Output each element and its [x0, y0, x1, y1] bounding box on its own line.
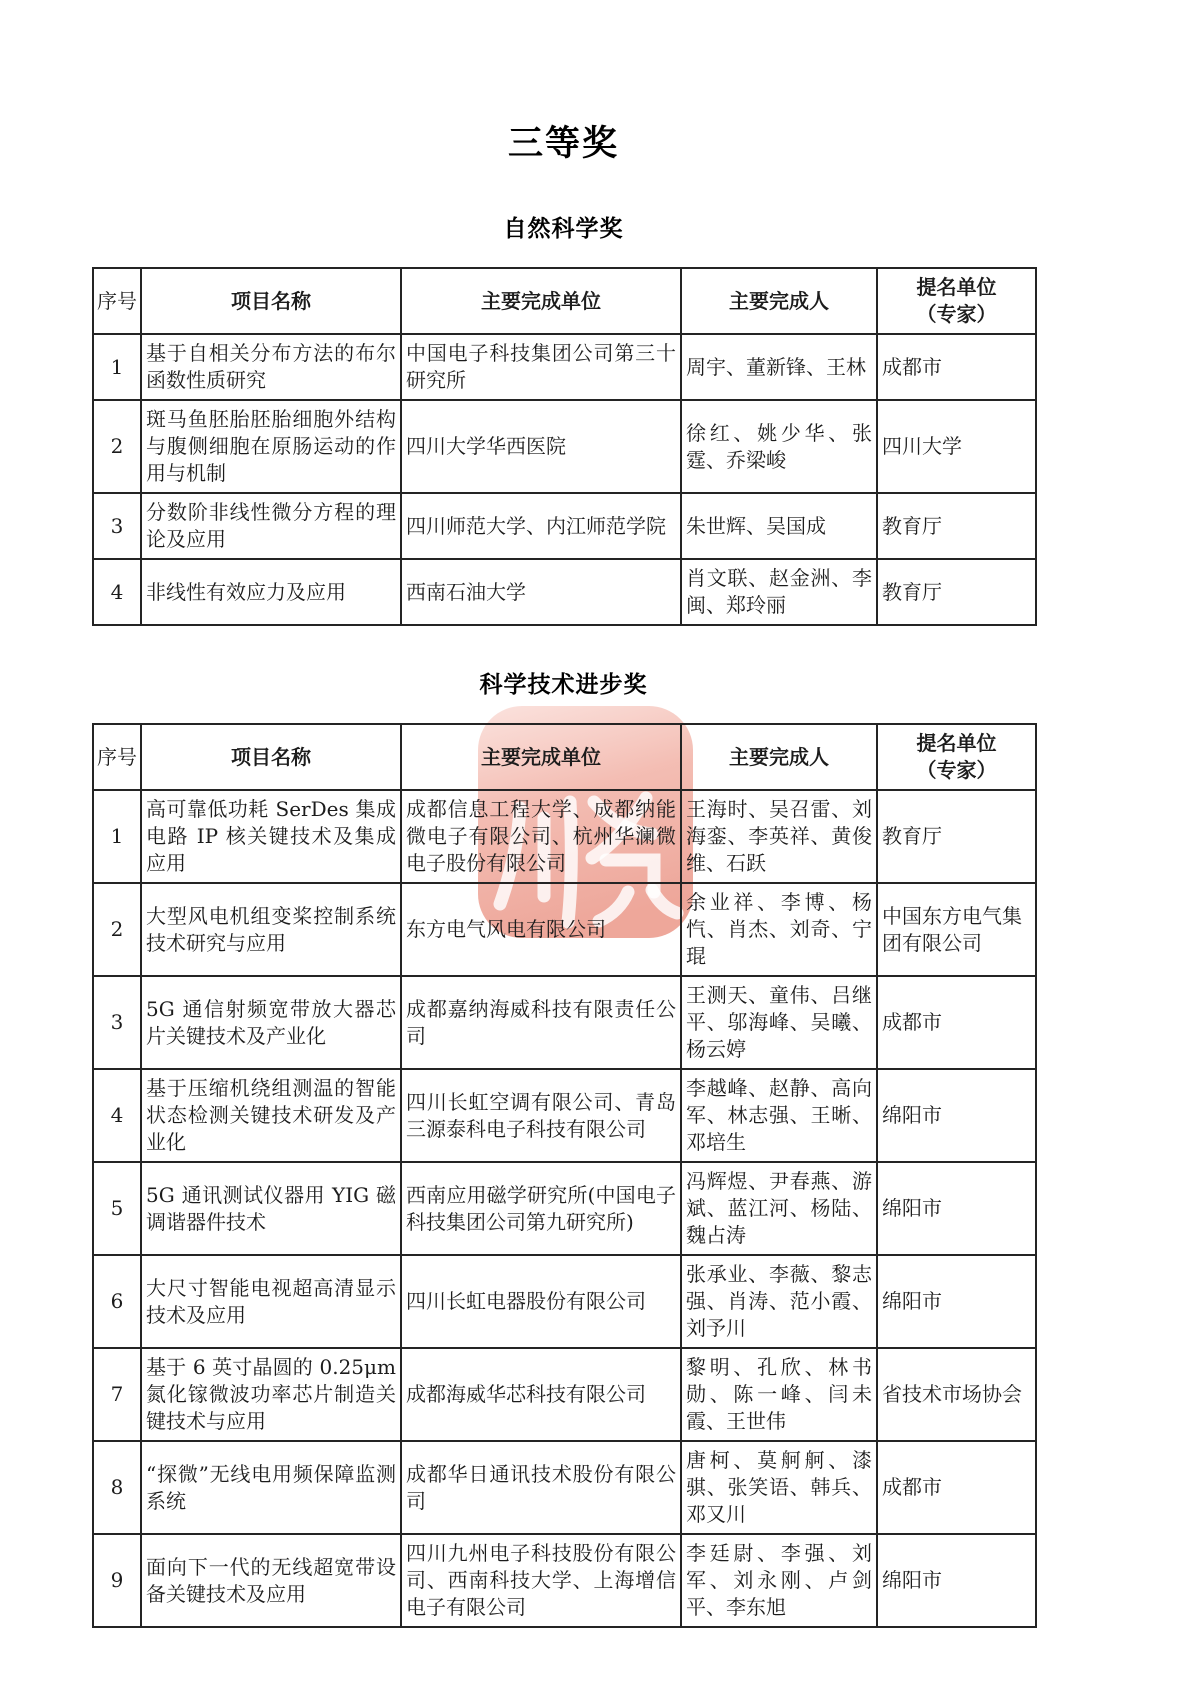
document-page: 三等奖 自然科学奖 序号项目名称主要完成单位主要完成人提名单位 （专家）1基于自… [0, 0, 1200, 1697]
table-row: 4非线性有效应力及应用西南石油大学肖文联、赵金洲、李闽、郑玲丽教育厅 [93, 559, 1036, 625]
column-header-project: 项目名称 [141, 268, 401, 334]
natural-science-award-table: 序号项目名称主要完成单位主要完成人提名单位 （专家）1基于自相关分布方法的布尔函… [92, 267, 1037, 626]
cell-nominator: 绵阳市 [877, 1069, 1036, 1162]
cell-person: 余业祥、李博、杨忾、肖杰、刘奇、宁琨 [681, 883, 877, 976]
cell-project: 斑马鱼胚胎胚胎细胞外结构与腹侧细胞在原肠运动的作用与机制 [141, 400, 401, 493]
column-header-project: 项目名称 [141, 724, 401, 790]
cell-person: 李廷尉、李强、刘军、刘永刚、卢剑平、李东旭 [681, 1534, 877, 1627]
cell-project: 面向下一代的无线超宽带设备关键技术及应用 [141, 1534, 401, 1627]
cell-project: 大型风电机组变桨控制系统技术研究与应用 [141, 883, 401, 976]
table-row: 8“探微”无线电用频保障监测系统成都华日通讯技术股份有限公司唐柯、莫舸舸、漆骐、… [93, 1441, 1036, 1534]
column-header-org: 主要完成单位 [401, 268, 681, 334]
cell-nominator: 成都市 [877, 976, 1036, 1069]
cell-person: 冯辉煜、尹春燕、游斌、蓝江河、杨陆、魏占涛 [681, 1162, 877, 1255]
cell-nominator: 中国东方电气集团有限公司 [877, 883, 1036, 976]
cell-project: 分数阶非线性微分方程的理论及应用 [141, 493, 401, 559]
cell-seq: 6 [93, 1255, 141, 1348]
header-row: 序号项目名称主要完成单位主要完成人提名单位 （专家） [93, 724, 1036, 790]
cell-project: 基于自相关分布方法的布尔函数性质研究 [141, 334, 401, 400]
cell-nominator: 四川大学 [877, 400, 1036, 493]
section-title-sci-tech-progress: 科学技术进步奖 [92, 666, 1035, 699]
table-row: 1基于自相关分布方法的布尔函数性质研究中国电子科技集团公司第三十研究所周宇、董新… [93, 334, 1036, 400]
cell-seq: 3 [93, 976, 141, 1069]
cell-person: 周宇、董新锋、王林 [681, 334, 877, 400]
cell-seq: 9 [93, 1534, 141, 1627]
cell-seq: 4 [93, 1069, 141, 1162]
column-header-person: 主要完成人 [681, 268, 877, 334]
cell-org: 四川师范大学、内江师范学院 [401, 493, 681, 559]
cell-person: 李越峰、赵静、高向军、林志强、王晰、邓培生 [681, 1069, 877, 1162]
cell-org: 四川长虹电器股份有限公司 [401, 1255, 681, 1348]
cell-seq: 3 [93, 493, 141, 559]
page-title: 三等奖 [92, 116, 1035, 166]
table-row: 9面向下一代的无线超宽带设备关键技术及应用四川九州电子科技股份有限公司、西南科技… [93, 1534, 1036, 1627]
cell-project: 非线性有效应力及应用 [141, 559, 401, 625]
cell-project: 基于 6 英寸晶圆的 0.25μm 氮化镓微波功率芯片制造关键技术与应用 [141, 1348, 401, 1441]
cell-nominator: 绵阳市 [877, 1162, 1036, 1255]
sci-tech-progress-award-table: 序号项目名称主要完成单位主要完成人提名单位 （专家）1高可靠低功耗 SerDes… [92, 723, 1037, 1628]
cell-seq: 1 [93, 790, 141, 883]
column-header-seq: 序号 [93, 268, 141, 334]
table-row: 3分数阶非线性微分方程的理论及应用四川师范大学、内江师范学院朱世辉、吴国成教育厅 [93, 493, 1036, 559]
cell-org: 东方电气风电有限公司 [401, 883, 681, 976]
cell-project: 5G 通信射频宽带放大器芯片关键技术及产业化 [141, 976, 401, 1069]
cell-project: 5G 通讯测试仪器用 YIG 磁调谐器件技术 [141, 1162, 401, 1255]
cell-project: 大尺寸智能电视超高清显示技术及应用 [141, 1255, 401, 1348]
cell-org: 西南应用磁学研究所(中国电子科技集团公司第九研究所) [401, 1162, 681, 1255]
table-row: 4基于压缩机绕组测温的智能状态检测关键技术研发及产业化四川长虹空调有限公司、青岛… [93, 1069, 1036, 1162]
table-row: 6大尺寸智能电视超高清显示技术及应用四川长虹电器股份有限公司张承业、李薇、黎志强… [93, 1255, 1036, 1348]
column-header-nominator: 提名单位 （专家） [877, 724, 1036, 790]
cell-nominator: 教育厅 [877, 790, 1036, 883]
cell-person: 唐柯、莫舸舸、漆骐、张笑语、韩兵、邓又川 [681, 1441, 877, 1534]
cell-nominator: 教育厅 [877, 559, 1036, 625]
cell-person: 王海时、吴召雷、刘海銮、李英祥、黄俊维、石跃 [681, 790, 877, 883]
cell-org: 四川九州电子科技股份有限公司、西南科技大学、上海增信电子有限公司 [401, 1534, 681, 1627]
cell-org: 成都信息工程大学、成都纳能微电子有限公司、杭州华澜微电子股份有限公司 [401, 790, 681, 883]
cell-seq: 8 [93, 1441, 141, 1534]
cell-project: “探微”无线电用频保障监测系统 [141, 1441, 401, 1534]
cell-seq: 7 [93, 1348, 141, 1441]
header-row: 序号项目名称主要完成单位主要完成人提名单位 （专家） [93, 268, 1036, 334]
cell-org: 四川大学华西医院 [401, 400, 681, 493]
cell-nominator: 省技术市场协会 [877, 1348, 1036, 1441]
cell-nominator: 教育厅 [877, 493, 1036, 559]
cell-person: 徐红、姚少华、张霆、乔梁峻 [681, 400, 877, 493]
table-row: 1高可靠低功耗 SerDes 集成电路 IP 核关键技术及集成应用成都信息工程大… [93, 790, 1036, 883]
cell-seq: 2 [93, 400, 141, 493]
column-header-nominator: 提名单位 （专家） [877, 268, 1036, 334]
cell-person: 张承业、李薇、黎志强、肖涛、范小霞、刘予川 [681, 1255, 877, 1348]
cell-nominator: 成都市 [877, 334, 1036, 400]
cell-org: 西南石油大学 [401, 559, 681, 625]
table-row: 7基于 6 英寸晶圆的 0.25μm 氮化镓微波功率芯片制造关键技术与应用成都海… [93, 1348, 1036, 1441]
cell-org: 中国电子科技集团公司第三十研究所 [401, 334, 681, 400]
cell-project: 基于压缩机绕组测温的智能状态检测关键技术研发及产业化 [141, 1069, 401, 1162]
cell-seq: 4 [93, 559, 141, 625]
cell-org: 成都嘉纳海威科技有限责任公司 [401, 976, 681, 1069]
column-header-person: 主要完成人 [681, 724, 877, 790]
table-row: 2斑马鱼胚胎胚胎细胞外结构与腹侧细胞在原肠运动的作用与机制四川大学华西医院徐红、… [93, 400, 1036, 493]
cell-person: 王测天、童伟、吕继平、邬海峰、吴曦、杨云婷 [681, 976, 877, 1069]
cell-nominator: 绵阳市 [877, 1255, 1036, 1348]
cell-nominator: 成都市 [877, 1441, 1036, 1534]
cell-person: 肖文联、赵金洲、李闽、郑玲丽 [681, 559, 877, 625]
table-row: 55G 通讯测试仪器用 YIG 磁调谐器件技术西南应用磁学研究所(中国电子科技集… [93, 1162, 1036, 1255]
table-row: 2大型风电机组变桨控制系统技术研究与应用东方电气风电有限公司余业祥、李博、杨忾、… [93, 883, 1036, 976]
section-title-natural-science: 自然科学奖 [92, 210, 1035, 243]
cell-org: 成都华日通讯技术股份有限公司 [401, 1441, 681, 1534]
cell-seq: 1 [93, 334, 141, 400]
cell-org: 成都海威华芯科技有限公司 [401, 1348, 681, 1441]
cell-person: 黎明、孔欣、林书勋、陈一峰、闫未霞、王世伟 [681, 1348, 877, 1441]
cell-org: 四川长虹空调有限公司、青岛三源泰科电子科技有限公司 [401, 1069, 681, 1162]
column-header-seq: 序号 [93, 724, 141, 790]
cell-nominator: 绵阳市 [877, 1534, 1036, 1627]
table-row: 35G 通信射频宽带放大器芯片关键技术及产业化成都嘉纳海威科技有限责任公司王测天… [93, 976, 1036, 1069]
cell-project: 高可靠低功耗 SerDes 集成电路 IP 核关键技术及集成应用 [141, 790, 401, 883]
column-header-org: 主要完成单位 [401, 724, 681, 790]
cell-person: 朱世辉、吴国成 [681, 493, 877, 559]
cell-seq: 5 [93, 1162, 141, 1255]
cell-seq: 2 [93, 883, 141, 976]
